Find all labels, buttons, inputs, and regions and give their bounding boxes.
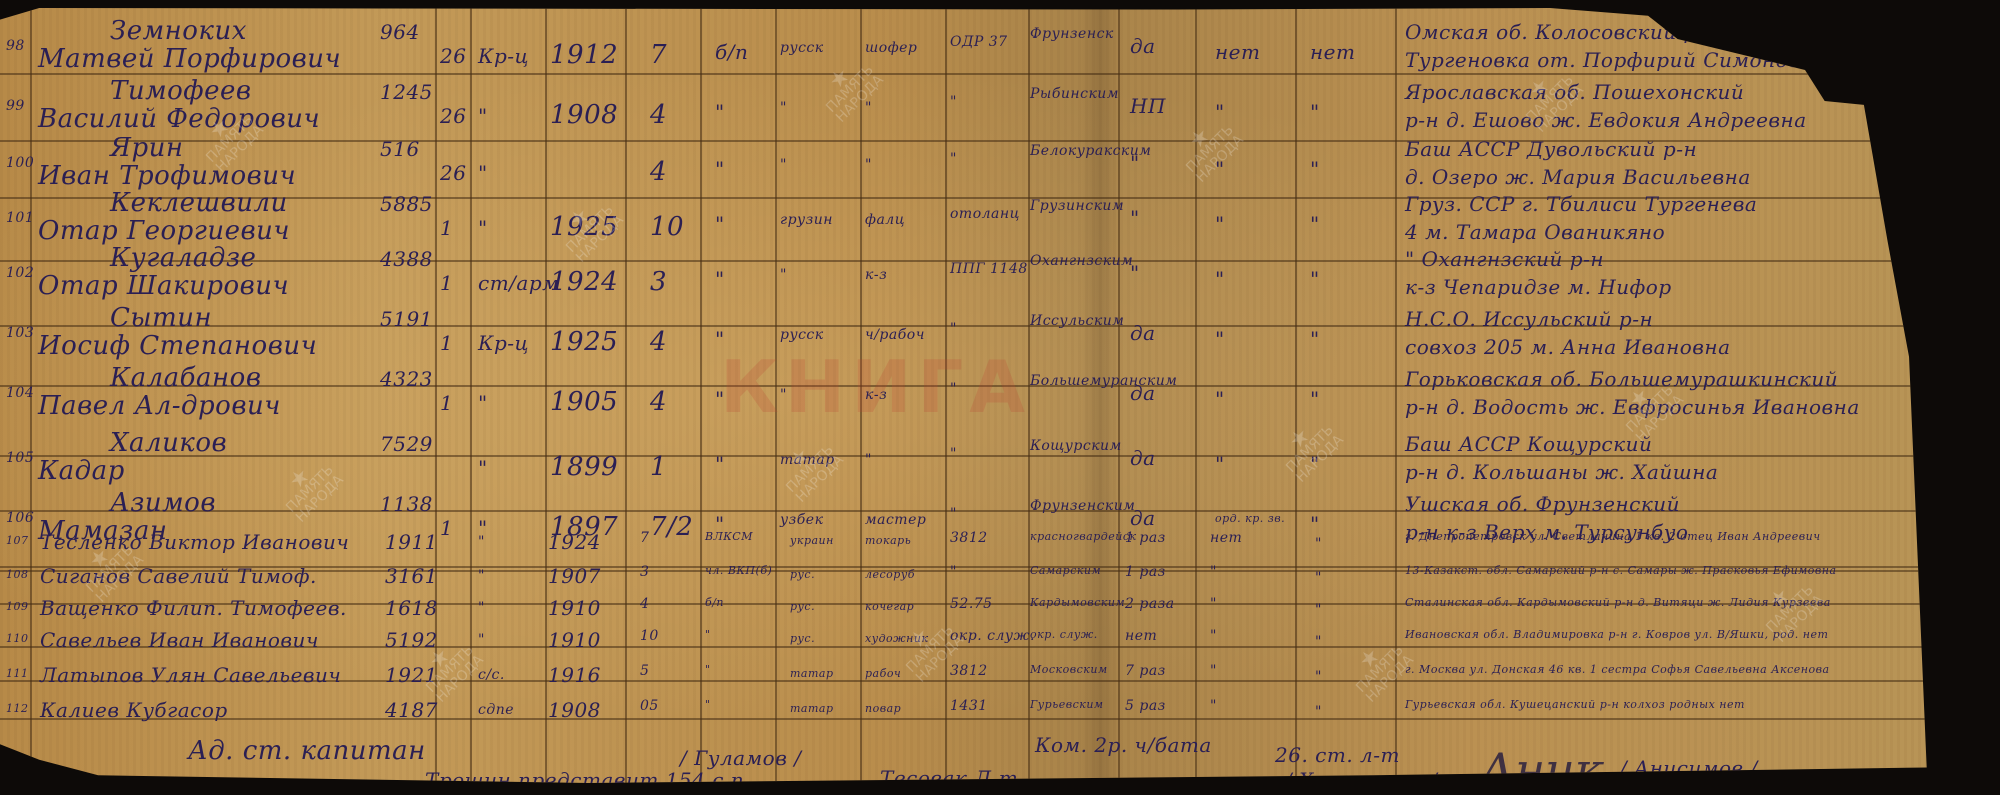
party: " [705,663,711,676]
watermark: ★ПАМЯТЬНАРОДА [554,193,626,265]
soldier-id: 5191 [380,307,433,331]
education: 10 [650,212,684,242]
soldier-surname: Кеклешвили [110,188,288,218]
soldier-surname: Земноких [110,16,247,46]
soldier-id: 5192 [385,628,438,652]
education: 1 [650,452,667,482]
rank: " [478,391,488,415]
profession: " [865,452,872,468]
column-c3: " [1315,602,1322,618]
rank: " [478,216,488,240]
soldier-id: 7529 [380,432,433,456]
drafted-from: Грузинским [1030,198,1124,214]
education: 4 [650,157,667,187]
address-line: Горьковская об. Большемурашкинский [1405,367,1838,391]
row-number: 105 [6,450,34,466]
column-a: 1 [440,216,453,240]
column-c2: " [1215,452,1225,476]
column-c2: " [1210,628,1217,644]
column-c1: 7 раз [1125,663,1166,679]
drafted-from: окр. служ. [1030,628,1098,641]
column-c3: " [1315,536,1322,552]
party: " [715,100,725,124]
column-a: 1 [440,271,453,295]
address-line: Гурьевская обл. Кушецанский р-н колхоз р… [1405,698,1745,711]
unit: 1431 [950,698,988,714]
profession: фалц [865,212,905,228]
row-number: 99 [6,98,25,114]
soldier-name: Отар Шакирович [38,271,289,301]
profession: мастер [865,512,926,528]
address-line: к-з Чепаридзе м. Нифор [1405,275,1672,299]
rank: " [478,568,485,584]
nationality: узбек [780,512,823,528]
rank: с/с. [478,667,505,683]
address-line: Баш АССР Дувольский р-н [1405,137,1697,161]
grid-line [0,455,1962,457]
drafted-from: Иссульским [1030,313,1124,329]
party: " [715,327,725,351]
birth-year: 1908 [548,698,601,722]
row-number: 111 [6,667,29,680]
nationality: татар [790,702,834,715]
address-line: Ивановская обл. Владимировка р-н г. Ковр… [1405,628,1828,641]
birth-year: 1910 [548,596,601,620]
soldier-name: Отар Георгиевич [38,216,290,246]
row-number: 104 [6,385,34,401]
address-line: р-н д. Ешово ж. Евдокия Андреевна [1405,108,1807,132]
drafted-from: Охангнзским [1030,253,1133,269]
rank: Кр-ц [478,331,529,355]
nationality: " [780,267,787,283]
party: " [705,628,711,641]
party: б/п [715,40,748,64]
drafted-from: красногвардейск [1030,530,1137,543]
soldier-surname: Ярин [110,133,184,163]
drafted-from: Гурьевским [1030,698,1104,711]
soldier-id: 3161 [385,564,438,588]
watermark: ★ПАМЯТЬНАРОДА [774,433,846,505]
column-c1: " [1130,151,1140,175]
rank: " [478,456,488,480]
soldier-id: 516 [380,137,420,161]
grid-line [700,8,702,783]
row-number: 100 [6,155,34,171]
column-c1: " [1130,261,1140,285]
watermark: ★ПАМЯТЬНАРОДА [1344,633,1416,705]
education: 7/2 [650,512,693,542]
soldier-surname: Сытин [110,303,212,333]
nationality: рус. [790,600,815,613]
drafted-from: Кардымовским [1030,596,1125,609]
column-c2: " [1210,663,1217,679]
column-c2: " [1210,698,1217,714]
soldier-id: 4323 [380,367,433,391]
footer-mid2: Ком. 2р. ч/бата [1035,733,1212,757]
footer-left-sub: Трошин представит 154 с.п. [425,768,751,783]
column-c3: " [1310,387,1320,411]
soldier-name: Матвей Порфирович [38,44,341,74]
row-number: 102 [6,265,34,281]
unit: ППГ 1148 [950,261,1028,277]
unit: 52.75 [950,596,993,612]
address-line: Груз. ССР г. Тбилиси Тургенева [1405,192,1757,216]
soldier-id: 1911 [385,530,438,554]
column-a: 1 [440,331,453,355]
column-c3: " [1315,704,1322,720]
profession: ч/рабоч [865,327,925,343]
column-c1: 2 раза [1125,596,1175,612]
signature: Аниӄ [1480,743,1603,783]
address-line: " Охангнзский р-н [1405,247,1604,271]
column-c3: " [1310,157,1320,181]
address-line: 13-Казакст. обл. Самарский р-н с. Самары… [1405,564,1837,577]
column-c3: " [1310,512,1320,536]
soldier-surname: Халиков [110,428,227,458]
address-line: Тургеновка от. Порфирий Симонович [1405,48,1827,72]
birth-year: 1899 [550,452,618,482]
party: " [715,387,725,411]
soldier-id: 1138 [380,492,433,516]
birth-year: 1916 [548,663,601,687]
soldier-full-name: Савельев Иван Иванович [40,628,319,652]
education: 05 [640,698,659,714]
profession: шофер [865,40,917,56]
soldier-name: Кадар [38,456,125,486]
column-c1: 1 раз [1125,530,1166,546]
row-number: 109 [6,600,29,613]
unit: 3812 [950,663,988,679]
drafted-from: Кощурским [1030,438,1122,454]
nationality: татар [790,667,834,680]
column-a: 26 [440,104,466,128]
profession: токарь [865,534,911,547]
soldier-surname: Азимов [110,488,216,518]
address-line: г. Москва ул. Донская 46 кв. 1 сестра Со… [1405,663,1830,676]
birth-year: 1910 [548,628,601,652]
profession: рабоч [865,667,901,680]
grid-line [0,325,1962,327]
column-c1: да [1130,321,1156,345]
party: б/п [705,596,724,609]
party: " [715,267,725,291]
nationality: " [780,100,787,116]
column-c2: " [1215,387,1225,411]
watermark: ★ПАМЯТЬНАРОДА [814,53,886,125]
row-number: 106 [6,510,34,526]
grid-line [0,718,1962,720]
nationality: " [780,387,787,403]
column-c3: " [1310,267,1320,291]
nationality: русск [780,40,824,56]
birth-year: 1908 [550,100,618,130]
profession: кочегар [865,600,914,613]
address-line: совхоз 205 м. Анна Ивановна [1405,335,1731,359]
column-c3: " [1315,634,1322,650]
row-number: 107 [6,534,29,547]
row-number: 110 [6,632,29,645]
soldier-id: 1245 [380,80,433,104]
party: " [705,698,711,711]
nationality: " [780,157,787,173]
rank: " [478,161,488,185]
unit: " [950,446,957,462]
column-c1: " [1130,206,1140,230]
unit: " [950,151,957,167]
rank: " [478,600,485,616]
column-c2: " [1215,212,1225,236]
row-number: 108 [6,568,29,581]
soldier-full-name: Латыпов Улян Савельевич [40,663,341,687]
birth-year: 1912 [550,40,618,70]
watermark: ★ПАМЯТЬНАРОДА [1274,413,1346,485]
drafted-from: Московским [1030,663,1108,676]
column-c2: " [1215,327,1225,351]
nationality: русск [780,327,824,343]
column-c2: нет [1215,40,1260,64]
profession: повар [865,702,901,715]
footer-left-title: Ад. ст. капитан [188,736,426,766]
birth-year: 1905 [550,387,618,417]
drafted-from: Самарским [1030,564,1101,577]
unit: 3812 [950,530,988,546]
soldier-name: Иван Трофимович [38,161,296,191]
column-c3: " [1310,212,1320,236]
party: " [715,452,725,476]
drafted-from: Фрунзенским [1030,498,1135,514]
address-line: Ушская об. Фрунзенский [1405,492,1680,516]
unit: " [950,94,957,110]
education: 5 [640,663,649,679]
soldier-id: 1618 [385,596,438,620]
column-c1: 1 раз [1125,564,1166,580]
address-line: Н.С.О. Иссульский р-н [1405,307,1653,331]
nationality: рус. [790,568,815,581]
education: 3 [640,564,649,580]
soldier-id: 964 [380,20,420,44]
column-a: 26 [440,161,466,185]
nationality: рус. [790,632,815,645]
column-a: 1 [440,516,453,540]
education: 3 [650,267,667,297]
soldier-surname: Калабанов [110,363,261,393]
education: 10 [640,628,659,644]
address-line: д. Озеро ж. Мария Васильевна [1405,165,1751,189]
column-c3: " [1310,100,1320,124]
row-number: 101 [6,210,34,226]
soldier-surname: Тимофеев [110,76,252,106]
soldier-id: 4388 [380,247,433,271]
soldier-surname: Кугаладзе [110,243,256,273]
column-c3: " [1315,570,1322,586]
party: чл. ВКП(б) [705,564,772,577]
grid-line [1295,8,1297,783]
column-c1: НП [1130,94,1166,118]
unit: " [950,506,957,522]
party: " [715,212,725,236]
watermark: ★ПАМЯТЬНАРОДА [1874,113,1946,185]
address-line: 4 м. Тамара Ованикяно [1405,220,1665,244]
grid-line [1118,8,1120,783]
soldier-full-name: Калиев Кубгасор [40,698,228,722]
profession: лесоруб [865,568,915,581]
education: 4 [640,596,649,612]
watermark: ★ПАМЯТЬНАРОДА [274,453,346,525]
column-c3: нет [1310,40,1355,64]
column-a: 1 [440,391,453,415]
column-c2: орд. кр. зв. [1215,512,1285,525]
column-c1: 5 раз [1125,698,1166,714]
grid-line [545,8,547,783]
soldier-full-name: Ващенко Филип. Тимофеев. [40,596,347,620]
rank: " [478,632,485,648]
watermark: ★ПАМЯТЬНАРОДА [1174,113,1246,185]
column-c3: " [1315,669,1322,685]
unit: " [950,564,957,580]
column-c1: да [1130,381,1156,405]
soldier-name: Иосиф Степанович [38,331,317,361]
rank: " [478,104,488,128]
birth-year: 1907 [548,564,601,588]
address-line: р-н д. Кольшаны ж. Хайшна [1405,460,1718,484]
footer-mid-sub: Тесовак Л-т [880,766,1018,783]
profession: " [865,157,872,173]
grid-line [625,8,627,783]
education: 7 [640,530,649,546]
column-c1: нет [1125,628,1157,644]
soldier-full-name: Тесленко Виктор Иванович [40,530,349,554]
footer-right: 26. ст. л-т [1275,743,1400,767]
footer-right-sig: / Анисимов / [1620,756,1758,780]
education: 4 [650,387,667,417]
drafted-from: Рыбинским [1030,86,1119,102]
nationality: украин [790,534,834,547]
column-c1: да [1130,34,1156,58]
column-c2: " [1215,267,1225,291]
soldier-id: 5885 [380,192,433,216]
column-c3: " [1310,327,1320,351]
footer-mid: / Гуламов / [680,746,801,770]
column-c2: " [1210,596,1217,612]
birth-year: 1924 [550,267,618,297]
rank: " [478,534,485,550]
column-c1: да [1130,506,1156,530]
document-sheet: КНИГА 98ЗемнокихМатвей Порфирович96426Кр… [0,8,1962,783]
row-number: 98 [6,38,25,54]
footer-right-sub: / Харитонов / [1285,768,1437,783]
party: ВЛКСМ [705,530,753,543]
party: " [715,157,725,181]
profession: к-з [865,267,887,283]
soldier-id: 4187 [385,698,438,722]
address-line: Баш АССР Кощурский [1405,432,1652,456]
soldier-name: Василий Федорович [38,104,320,134]
unit: отоланц [950,206,1020,222]
row-number: 103 [6,325,34,341]
rank: Кр-ц [478,44,529,68]
birth-year: 1925 [550,327,618,357]
column-a: 26 [440,44,466,68]
rank: ст/арм [478,271,559,295]
birth-year: 1924 [548,530,601,554]
nationality: грузин [780,212,833,228]
address-line: Омская об. Колосовский р-н д. [1405,20,1745,44]
education: 4 [650,100,667,130]
row-number: 112 [6,702,29,715]
drafted-from: Фрунзенск [1030,26,1114,42]
education: 7 [650,40,667,70]
profession: к-з [865,387,887,403]
soldier-name: Павел Ал-дрович [38,391,281,421]
column-c2: нет [1210,530,1242,546]
address-line: г. Днепропетровск ул. Светланина 1 кв. 2… [1405,530,1821,543]
education: 4 [650,327,667,357]
column-c2: " [1210,564,1217,580]
rank: сдпе [478,702,514,718]
unit: " [950,381,957,397]
unit: ОДР 37 [950,34,1008,50]
column-c1: да [1130,446,1156,470]
unit: " [950,321,957,337]
